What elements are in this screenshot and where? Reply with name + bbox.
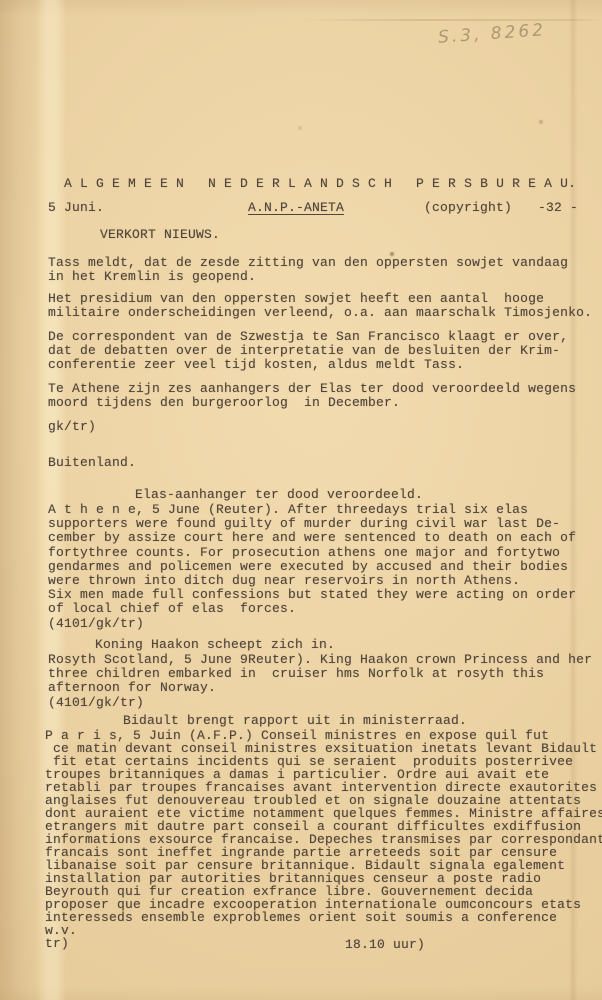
paper-crease-line (300, 19, 602, 21)
article-heading: Elas-aanhanger ter dood veroordeeld. (135, 488, 423, 502)
section-title-verkort-nieuws: VERKORT NIEUWS. (100, 228, 220, 242)
transmission-timestamp: 18.10 uur) (345, 938, 425, 952)
section-title-buitenland: Buitenland. (48, 456, 136, 470)
wire-service-name: A.N.P.-ANETA (248, 201, 344, 215)
issue-date: 5 Juni. (48, 201, 104, 215)
issue-number: -32 - (538, 201, 578, 215)
news-brief: Het presidium van den oppersten sowjet h… (48, 292, 592, 320)
scanned-paper-page: S.3, 8262 A L G E M E E N N E D E R L A … (0, 0, 602, 1000)
copyright-notice: (copyright) (424, 201, 512, 215)
article-heading: Bidault brengt rapport uit in ministerra… (123, 714, 467, 728)
editor-sign-off: gk/tr) (48, 420, 96, 434)
news-brief: De correspondent van de Szwestja te San … (48, 330, 568, 373)
article-heading: Koning Haakon scheept zich in. (95, 638, 335, 652)
article-body: Rosyth Scotland, 5 June 9Reuter). King H… (48, 653, 592, 710)
handwritten-archive-number: S.3, 8262 (437, 20, 546, 47)
article-body: A t h e n e, 5 June (Reuter). After thre… (48, 503, 576, 631)
agency-masthead: A L G E M E E N N E D E R L A N D S C H … (64, 177, 576, 191)
article-body: P a r i s, 5 Juin (A.F.P.) Conseil minis… (45, 729, 602, 950)
news-brief: Te Athene zijn zes aanhangers der Elas t… (48, 382, 576, 410)
news-brief: Tass meldt, dat de zesde zitting van den… (48, 256, 568, 284)
